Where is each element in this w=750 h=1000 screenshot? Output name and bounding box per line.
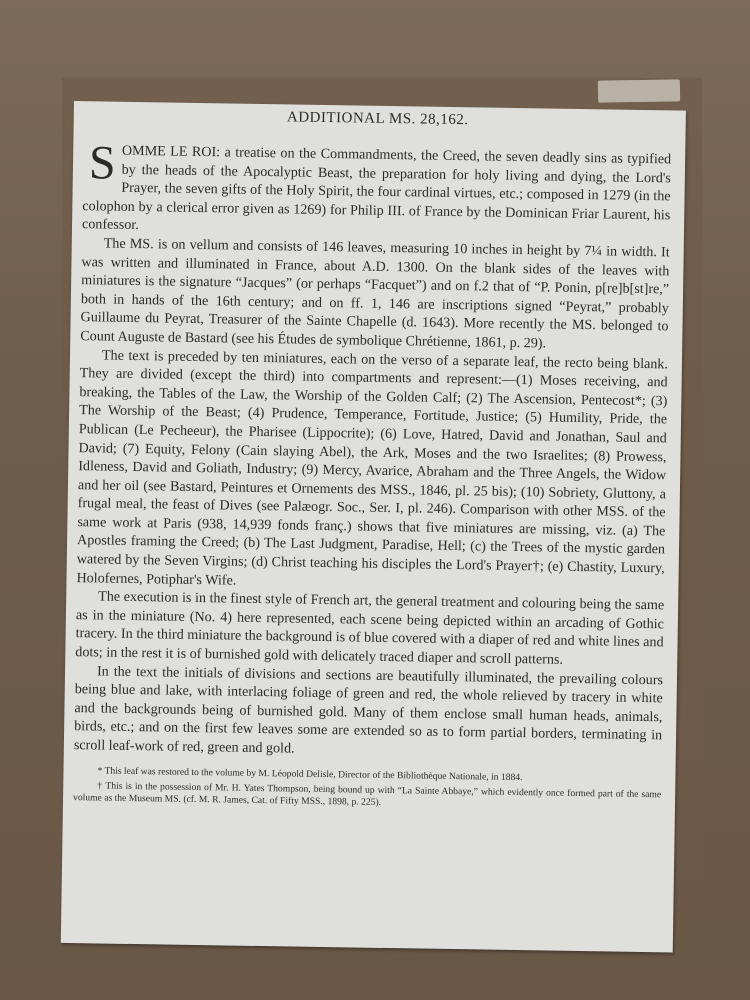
printed-label-sheet: ADDITIONAL MS. 28,162. SOMME LE ROI: a t… (61, 101, 686, 953)
adhesive-tape (598, 79, 680, 102)
paragraph-miniatures: The text is preceded by ten miniatures, … (76, 346, 668, 597)
footnote-dagger: † This is in the possession of Mr. H. Ya… (73, 780, 661, 812)
paragraph-description: The MS. is on vellum and consists of 146… (80, 234, 670, 355)
document-title: ADDITIONAL MS. 28,162. (84, 106, 672, 132)
paragraph-intro-text: OMME LE ROI: a treatise on the Commandme… (82, 143, 671, 234)
paragraph-execution: The execution is in the finest style of … (75, 587, 664, 671)
paragraph-initials: In the text the initials of divisions an… (74, 662, 663, 764)
paragraph-intro: SOMME LE ROI: a treatise on the Commandm… (82, 141, 671, 243)
drop-cap: S (89, 143, 116, 183)
